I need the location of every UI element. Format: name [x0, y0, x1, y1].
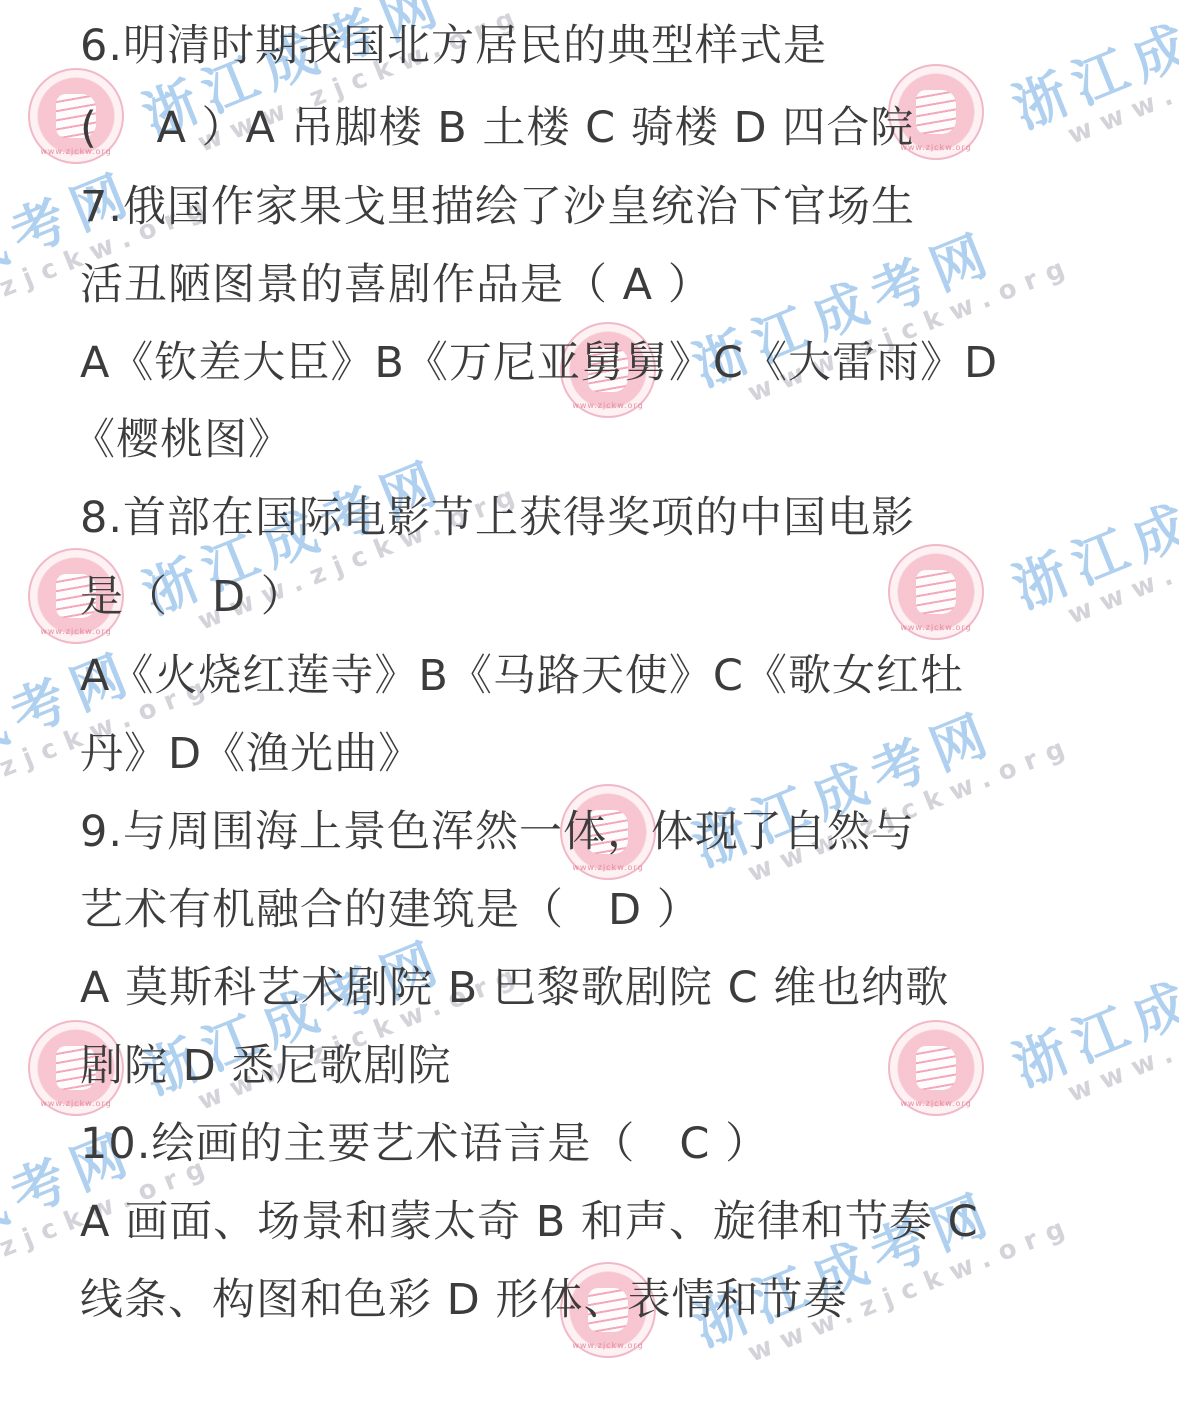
question-10-options: A 画面、场景和蒙太奇 B 和声、旋律和节奏 C [80, 1194, 979, 1250]
question-7-stem-cont: 活丑陋图景的喜剧作品是（ A ） [80, 257, 712, 313]
question-8-stem: 8.首部在国际电影节上获得奖项的中国电影 [80, 490, 915, 546]
watermark-text: 浙江成考网www.zjckw.org [1000, 406, 1179, 645]
question-8-stem-cont: 是（ D ） [80, 569, 305, 625]
question-10-options-cont: 线条、构图和色彩 D 形体、表情和节奏 [80, 1272, 847, 1328]
watermark-text: 浙江成考网www.zjckw.org [1000, 884, 1179, 1123]
question-8-options: A《火烧红莲寺》B《马路天使》C《歌女红牡 [80, 648, 964, 704]
watermark-text: 浙江成考网www.zjckw.org [0, 124, 218, 363]
question-8-options-cont: 丹》D《渔光曲》 [80, 726, 422, 782]
stamp-logo-icon: www.zjckw.org [888, 1020, 984, 1116]
question-9-stem-cont: 艺术有机融合的建筑是（ D ） [80, 882, 701, 938]
question-9-options: A 莫斯科艺术剧院 B 巴黎歌剧院 C 维也纳歌 [80, 960, 949, 1016]
question-7-options-cont: 《樱桃图》 [72, 412, 292, 468]
question-6-stem: 6.明清时期我国北方居民的典型样式是 [80, 18, 827, 74]
question-6-options: ( A ）A 吊脚楼 B 土楼 C 骑楼 D 四合院 [80, 100, 914, 156]
question-9-options-cont: 剧院 D 悉尼歌剧院 [80, 1038, 451, 1094]
question-7-stem: 7.俄国作家果戈里描绘了沙皇统治下官场生 [80, 179, 915, 235]
stamp-logo-icon: www.zjckw.org [888, 544, 984, 640]
watermark-text: 浙江成考网www.zjckw.org [1000, 0, 1179, 166]
watermark-text: 浙江成考网www.zjckw.org [680, 1144, 1078, 1383]
question-7-options: A《钦差大臣》B《万尼亚舅舅》C《大雷雨》D [80, 335, 998, 391]
question-10-stem: 10.绘画的主要艺术语言是（ C ） [80, 1116, 769, 1172]
question-9-stem: 9.与周围海上景色浑然一体，体现了自然与 [80, 804, 915, 860]
